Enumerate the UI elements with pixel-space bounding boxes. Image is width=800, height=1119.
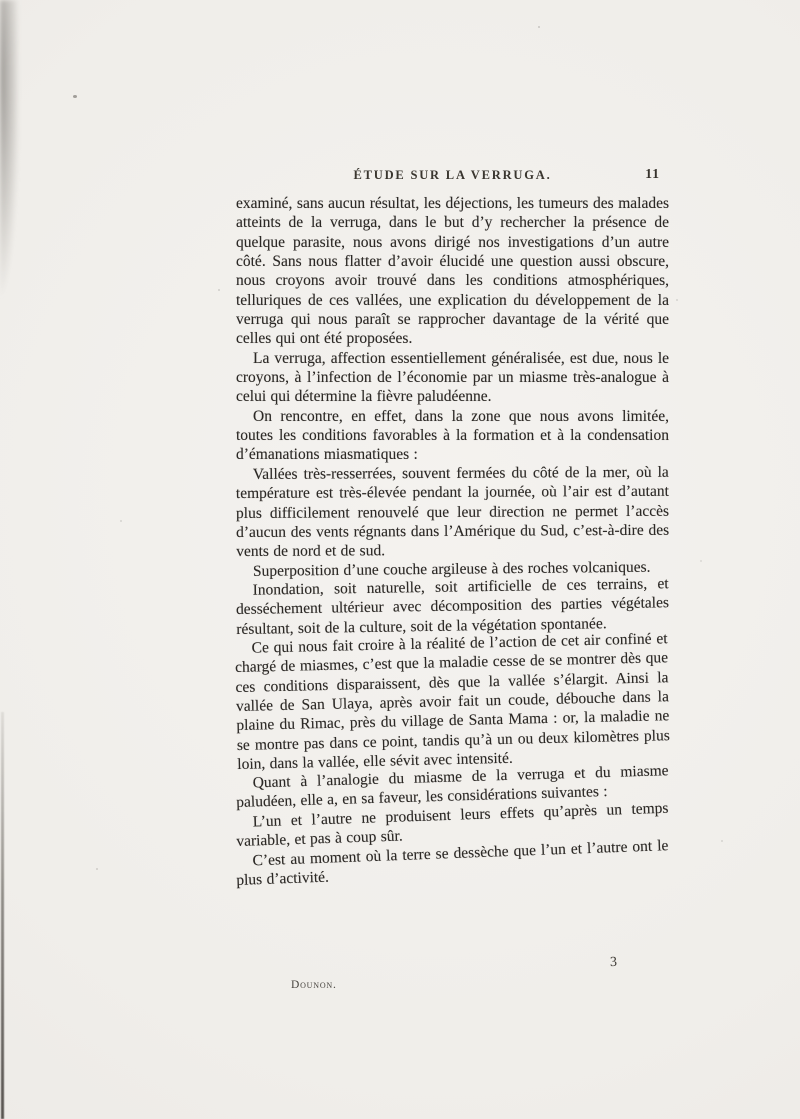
paper-speck	[538, 26, 540, 28]
scan-edge-line	[1, 712, 4, 1119]
paragraph-2: La verruga, affection essentiellement gé…	[236, 349, 669, 407]
paragraph-6: Inondation, soit naturelle, soit artific…	[236, 574, 670, 639]
scanned-book-page: ÉTUDE SUR LA VERRUGA. 11 examiné, sans a…	[0, 0, 800, 1119]
body-text: examiné, sans aucun résultat, les déject…	[236, 194, 669, 890]
paper-speck	[218, 289, 220, 291]
paper-speck	[676, 299, 678, 301]
page-number: 11	[645, 166, 660, 182]
gathering-number: 3	[610, 955, 618, 971]
paper-speck	[721, 840, 723, 842]
scan-gutter-shadow	[0, 0, 18, 310]
running-header: ÉTUDE SUR LA VERRUGA. 11	[237, 166, 668, 184]
printer-signature: Dounon.	[291, 979, 337, 991]
paragraph-7: Ce qui nous fait croire à la réalité de …	[234, 629, 670, 774]
paper-speck	[96, 868, 98, 870]
paragraph-1: examiné, sans aucun résultat, les déject…	[236, 194, 669, 349]
paper-speck	[73, 95, 77, 98]
paper-speck	[700, 560, 702, 562]
paragraph-4: Vallées très-resserrées, souvent fermées…	[236, 463, 670, 562]
paper-speck	[120, 520, 122, 522]
paragraph-3: On rencontre, en effet, dans la zone que…	[236, 407, 669, 465]
running-header-title: ÉTUDE SUR LA VERRUGA.	[353, 168, 551, 182]
